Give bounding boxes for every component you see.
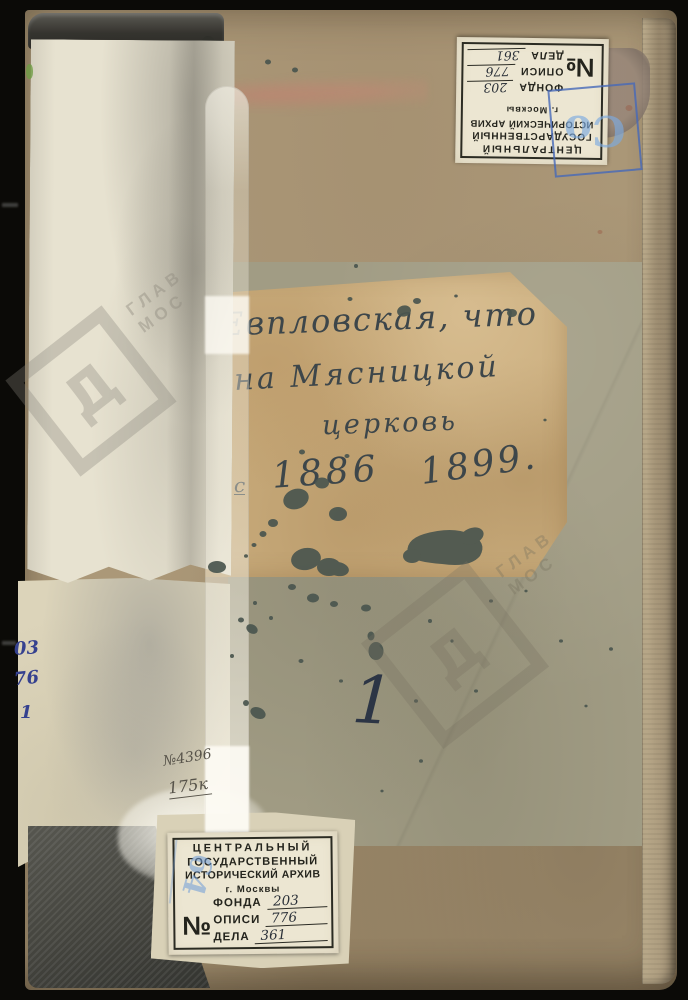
logo-letter: Д (50, 348, 133, 433)
pen-note-opis: 76 (13, 667, 40, 691)
field-row: ОПИСИ 776 (467, 64, 563, 81)
backdrop-speck (2, 203, 18, 207)
archival-photo-scene: Евпловская, что на Мясницкой церковь с 1… (0, 0, 688, 1000)
field-label: ДЕЛА (530, 49, 564, 61)
book-fore-edge (642, 18, 676, 984)
field-row: ДЕЛА 361 (468, 48, 564, 65)
field-value: 361 (467, 48, 525, 63)
pen-note-fond: 03 (13, 637, 39, 660)
green-fleck (26, 64, 33, 79)
tape-white-patch (205, 296, 249, 354)
number-sign: № (182, 910, 211, 941)
field-label: ФОНДА (213, 897, 262, 910)
field-value: 203 (266, 893, 327, 910)
field-row: ФОНДА 203 (213, 891, 327, 909)
date-from: 1886 (271, 448, 381, 496)
stamp-glyphs: 64 (174, 849, 219, 899)
pen-note-delo: 1 (20, 702, 33, 723)
backdrop-speck (2, 641, 16, 645)
field-value: 776 (265, 910, 328, 927)
blue-square-stamp-icon: Со (547, 82, 642, 177)
repair-tape (205, 86, 249, 836)
archive-fields: ФОНДА 203 ОПИСИ 776 ДЕЛА 361 (213, 891, 328, 943)
field-row: ДЕЛА 361 (213, 925, 327, 943)
field-label: ОПИСИ (213, 914, 260, 926)
field-label: ОПИСИ (520, 65, 564, 78)
blue-stamp-overprint-icon: 64 (169, 840, 223, 909)
field-value: 203 (467, 80, 514, 95)
logo-letter: Д (414, 612, 497, 697)
field-value: 776 (467, 64, 515, 79)
field-label: ДЕЛА (213, 931, 249, 943)
title-line-3: церковь (322, 406, 459, 442)
field-value: 361 (254, 927, 327, 944)
number-sign: № (565, 51, 594, 82)
field-row: ОПИСИ 776 (213, 908, 327, 926)
stamp-glyphs: Со (564, 106, 625, 155)
